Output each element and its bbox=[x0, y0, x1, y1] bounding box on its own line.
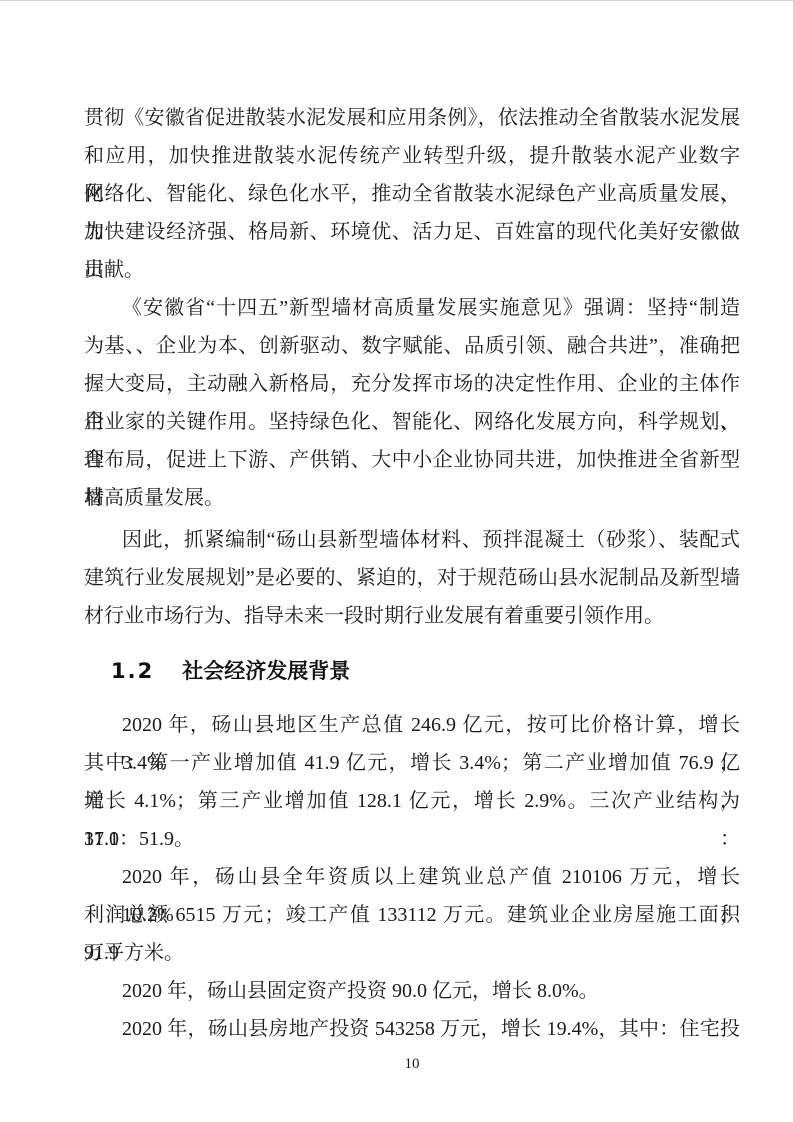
text-line: 和应用，加快推进散装水泥传统产业转型升级，提升散装水泥产业数字化、 bbox=[84, 137, 740, 175]
text-line: 万平方米。 bbox=[84, 934, 740, 972]
page-top-border bbox=[0, 0, 793, 1]
text-line: 其中：第一产业增加值 41.9 亿元，增长 3.4%；第二产业增加值 76.9 … bbox=[84, 744, 740, 782]
text-line: 贡献。 bbox=[84, 251, 740, 289]
paragraph: 2020 年，砀山县房地产投资 543258 万元，增长 19.4%，其中：住宅… bbox=[84, 1010, 740, 1048]
page-number: 10 bbox=[84, 1052, 740, 1076]
paragraph: 因此，抓紧编制“砀山县新型墙体材料、预拌混凝土（砂浆）、装配式建筑行业发展规划”… bbox=[84, 521, 740, 635]
section-title: 社会经济发展背景 bbox=[182, 659, 350, 683]
section-number: 1.2 bbox=[111, 659, 154, 683]
text-line: 建筑行业发展规划”是必要的、紧迫的，对于规范砀山县水泥制品及新型墙 bbox=[84, 559, 740, 597]
text-column: 贯彻《安徽省促进散装水泥发展和应用条例》，依法推动全省散装水泥发展和应用，加快推… bbox=[84, 99, 740, 1048]
text-line: 2020 年，砀山县地区生产总值 246.9 亿元，按可比价格计算，增长 3.4… bbox=[84, 706, 740, 744]
text-line: 2020 年，砀山县全年资质以上建筑业总产值 210106 万元，增长 10.2… bbox=[84, 858, 740, 896]
paragraph: 2020 年，砀山县固定资产投资 90.0 亿元，增长 8.0%。 bbox=[84, 972, 740, 1010]
text-line: 《安徽省“十四五”新型墙材高质量发展实施意见》强调：坚持“制造 bbox=[84, 289, 740, 327]
text-line: 2020 年，砀山县固定资产投资 90.0 亿元，增长 8.0%。 bbox=[84, 972, 740, 1010]
text-line: 材行业市场行为、指导未来一段时期行业发展有着重要引领作用。 bbox=[84, 597, 740, 635]
text-line: 网络化、智能化、绿色化水平，推动全省散装水泥绿色产业高质量发展，为 bbox=[84, 175, 740, 213]
text-line: 加快建设经济强、格局新、环境优、活力足、百姓富的现代化美好安徽做出 bbox=[84, 213, 740, 251]
text-line: 为基、、企业为本、创新驱动、数字赋能、品质引领、融合共进”，准确把 bbox=[84, 327, 740, 365]
text-line: 利润总额 6515 万元；竣工产值 133112 万元。建筑业企业房屋施工面积 … bbox=[84, 896, 740, 934]
text-line: 2020 年，砀山县房地产投资 543258 万元，增长 19.4%，其中：住宅… bbox=[84, 1010, 740, 1048]
section-heading: 1.2社会经济发展背景 bbox=[84, 652, 740, 690]
document-page: 贯彻《安徽省促进散装水泥发展和应用条例》，依法推动全省散装水泥发展和应用，加快推… bbox=[0, 0, 793, 1122]
paragraph: 贯彻《安徽省促进散装水泥发展和应用条例》，依法推动全省散装水泥发展和应用，加快推… bbox=[84, 99, 740, 289]
text-line: 企业家的关键作用。坚持绿色化、智能化、网络化发展方向，科学规划，合 bbox=[84, 403, 740, 441]
paragraph: 2020 年，砀山县地区生产总值 246.9 亿元，按可比价格计算，增长 3.4… bbox=[84, 706, 740, 858]
text-line: 增长 4.1%；第三产业增加值 128.1 亿元，增长 2.9%。三次产业结构为… bbox=[84, 782, 740, 820]
text-line: 贯彻《安徽省促进散装水泥发展和应用条例》，依法推动全省散装水泥发展 bbox=[84, 99, 740, 137]
paragraph: 《安徽省“十四五”新型墙材高质量发展实施意见》强调：坚持“制造为基、、企业为本、… bbox=[84, 289, 740, 517]
text-line: 理布局，促进上下游、产供销、大中小企业协同共进，加快推进全省新型墙 bbox=[84, 441, 740, 479]
text-line: 因此，抓紧编制“砀山县新型墙体材料、预拌混凝土（砂浆）、装配式 bbox=[84, 521, 740, 559]
paragraph: 2020 年，砀山县全年资质以上建筑业总产值 210106 万元，增长 10.2… bbox=[84, 858, 740, 972]
text-line: 握大变局，主动融入新格局，充分发挥市场的决定性作用、企业的主体作用、 bbox=[84, 365, 740, 403]
text-line: 材高质量发展。 bbox=[84, 479, 740, 517]
